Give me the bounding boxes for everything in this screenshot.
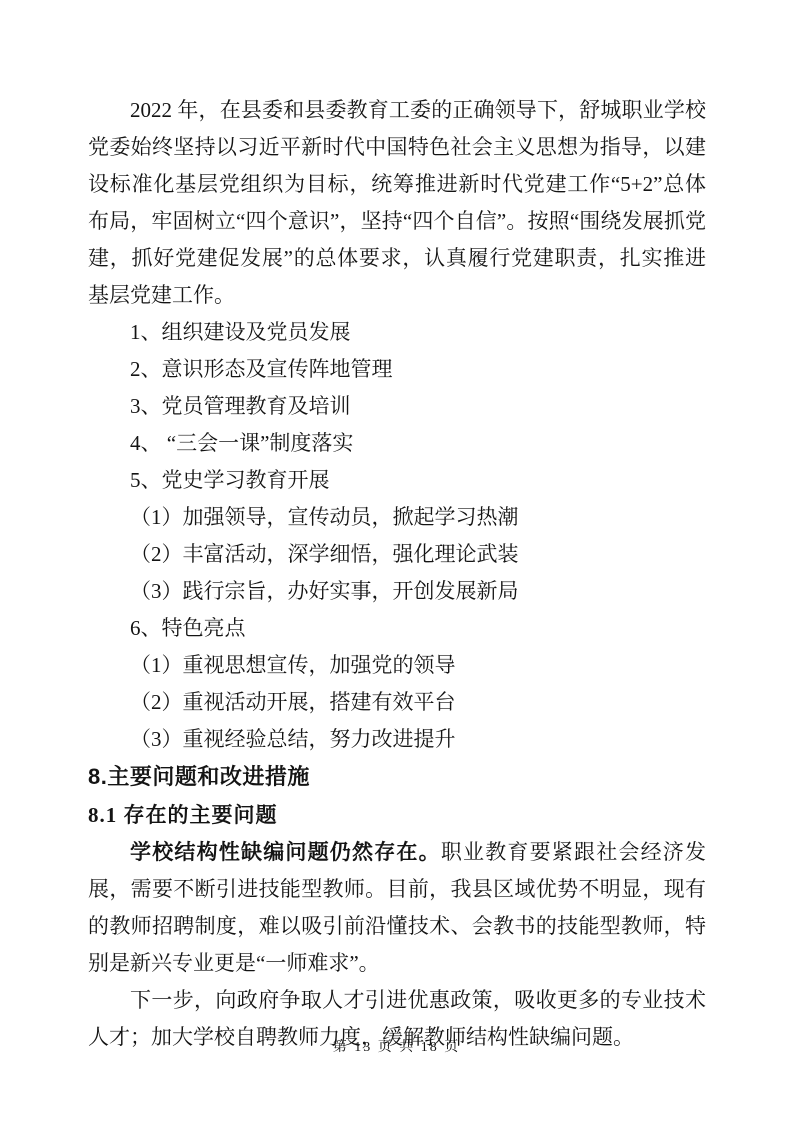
outline-item: （2）重视活动开展，搭建有效平台 xyxy=(88,684,706,721)
outline-item: （1）重视思想宣传，加强党的领导 xyxy=(88,647,706,684)
outline-list: 1、组织建设及党员发展 2、意识形态及宣传阵地管理 3、党员管理教育及培训 4、… xyxy=(88,314,706,758)
document-page: 2022 年，在县委和县委教育工委的正确领导下，舒城职业学校党委始终坚持以习近平… xyxy=(0,0,793,1122)
outline-item: （2）丰富活动，深学细悟，强化理论武装 xyxy=(88,536,706,573)
outline-item: （3）践行宗旨，办好实事，开创发展新局 xyxy=(88,573,706,610)
problem-paragraph: 学校结构性缺编问题仍然存在。职业教育要紧跟社会经济发展，需要不断引进技能型教师。… xyxy=(88,834,706,982)
subsection-heading: 8.1 存在的主要问题 xyxy=(88,796,706,834)
outline-item: 5、党史学习教育开展 xyxy=(88,462,706,499)
outline-item: 6、特色亮点 xyxy=(88,610,706,647)
document-body: 2022 年，在县委和县委教育工委的正确领导下，舒城职业学校党委始终坚持以习近平… xyxy=(88,92,706,1056)
intro-paragraph: 2022 年，在县委和县委教育工委的正确领导下，舒城职业学校党委始终坚持以习近平… xyxy=(88,92,706,314)
outline-item: （1）加强领导，宣传动员，掀起学习热潮 xyxy=(88,499,706,536)
outline-item: 1、组织建设及党员发展 xyxy=(88,314,706,351)
outline-item: 4、 “三会一课”制度落实 xyxy=(88,425,706,462)
page-footer: 第 13 页 共 18 页 xyxy=(0,1038,793,1058)
outline-item: 2、意识形态及宣传阵地管理 xyxy=(88,351,706,388)
outline-item: 3、党员管理教育及培训 xyxy=(88,388,706,425)
outline-item: （3）重视经验总结，努力改进提升 xyxy=(88,721,706,758)
section-heading: 8.主要问题和改进措施 xyxy=(88,758,706,796)
problem-paragraph-lead: 学校结构性缺编问题仍然存在。 xyxy=(130,840,441,864)
